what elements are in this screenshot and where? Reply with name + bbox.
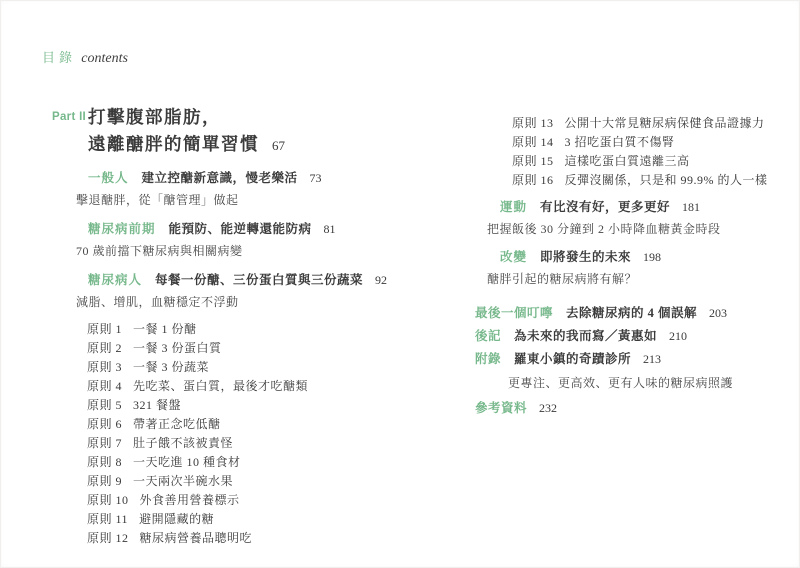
principle-number: 原則 6	[87, 418, 122, 431]
end-matter-entry: 附錄羅東小鎮的奇蹟診所213 更專注、更高效、更有人味的糖尿病照護	[475, 351, 790, 391]
section-page-number: 198	[643, 250, 661, 264]
part-label: Part II	[52, 104, 88, 123]
section-page-number: 181	[682, 200, 700, 214]
section-heading: 糖尿病前期能預防、能逆轉還能防病81	[52, 221, 437, 237]
principle-number: 原則 4	[87, 380, 122, 393]
principle-number: 原則 3	[87, 361, 122, 374]
end-matter-entry: 參考資料232	[475, 400, 790, 416]
section-heading: 改變即將發生的未來198	[475, 249, 790, 265]
section-title: 即將發生的未來	[540, 250, 631, 264]
principle-text: 糖尿病營養品聰明吃	[140, 532, 253, 545]
principle-row: 原則 8 一天吃進 10 種食材	[87, 456, 437, 469]
principle-number: 原則 5	[87, 399, 122, 412]
section-label: 改變	[500, 250, 527, 264]
principle-number: 原則 2	[87, 342, 122, 355]
part-page-number: 67	[272, 138, 285, 153]
principle-text: 321 餐盤	[133, 399, 181, 412]
principle-number: 原則 7	[87, 437, 122, 450]
principle-row: 原則 3 一餐 3 份蔬菜	[87, 361, 437, 374]
principle-row: 原則 11 避開隱藏的糖	[87, 513, 437, 526]
principle-row: 原則 1 一餐 1 份醣	[87, 323, 437, 336]
section-title: 建立控醣新意識，慢老樂活	[142, 171, 298, 185]
principle-number: 原則 8	[87, 456, 122, 469]
end-matter-heading: 後記為未來的我而寫／黃惠如210	[475, 328, 790, 344]
part-title-line2: 遠離醣胖的簡單習慣67	[88, 131, 285, 159]
section-label: 一般人	[88, 171, 129, 185]
section-description: 70 歲前擋下糖尿病與相關病變	[52, 242, 437, 259]
end-matter-label: 參考資料	[475, 401, 527, 415]
principle-text: 外食善用營養標示	[140, 494, 240, 507]
section-description: 把握飯後 30 分鐘到 2 小時降血糖黃金時段	[475, 220, 790, 237]
end-matter-label: 附錄	[475, 352, 501, 366]
principle-text: 一餐 1 份醣	[133, 323, 197, 336]
principle-text: 肚子餓不該被責怪	[133, 437, 233, 450]
section-heading: 糖尿病人每餐一份醣、三份蛋白質與三份蔬菜92	[52, 272, 437, 288]
end-matter-entry: 後記為未來的我而寫／黃惠如210	[475, 328, 790, 344]
principle-number: 原則 10	[87, 494, 129, 507]
end-matter-list: 最後一個叮嚀去除糖尿病的 4 個誤解203 後記為未來的我而寫／黃惠如210 附…	[475, 305, 790, 416]
principle-text: 一天吃進 10 種食材	[133, 456, 241, 469]
principles-list-1-12: 原則 1 一餐 1 份醣 原則 2 一餐 3 份蛋白質 原則 3 一餐 3 份蔬…	[52, 323, 437, 545]
principle-row: 原則 16 反彈沒關係，只是和 99.9% 的人一樣	[512, 174, 790, 187]
principle-row: 原則 6 帶著正念吃低醣	[87, 418, 437, 431]
section-label: 糖尿病人	[88, 273, 142, 287]
end-matter-page-number: 210	[669, 329, 687, 343]
principle-row: 原則 15 這樣吃蛋白質遠離三高	[512, 155, 790, 168]
principle-row: 原則 10 外食善用營養標示	[87, 494, 437, 507]
principle-row: 原則 5 321 餐盤	[87, 399, 437, 412]
end-matter-label: 最後一個叮嚀	[475, 306, 553, 320]
section-title: 每餐一份醣、三份蛋白質與三份蔬菜	[155, 273, 363, 287]
section-entry: 糖尿病人每餐一份醣、三份蛋白質與三份蔬菜92 減脂、增肌，血糖穩定不浮動	[52, 272, 437, 310]
principle-text: 3 招吃蛋白質不傷腎	[565, 136, 675, 149]
section-description: 減脂、增肌，血糖穩定不浮動	[52, 293, 437, 310]
part-title: 打擊腹部脂肪， 遠離醣胖的簡單習慣67	[88, 104, 285, 159]
section-heading: 運動有比沒有好，更多更好181	[475, 199, 790, 215]
end-matter-description: 更專注、更高效、更有人味的糖尿病照護	[475, 374, 790, 391]
left-section-list: 一般人建立控醣新意識，慢老樂活73 擊退醣胖，從「醣管理」做起 糖尿病前期能預防…	[52, 170, 437, 310]
section-page-number: 73	[310, 171, 322, 185]
section-entry: 改變即將發生的未來198 醣胖引起的糖尿病將有解？	[475, 249, 790, 287]
right-section-list: 運動有比沒有好，更多更好181 把握飯後 30 分鐘到 2 小時降血糖黃金時段 …	[475, 199, 790, 287]
section-page-number: 81	[324, 222, 336, 236]
principle-text: 這樣吃蛋白質遠離三高	[565, 155, 690, 168]
end-matter-heading: 附錄羅東小鎮的奇蹟診所213	[475, 351, 790, 367]
principle-number: 原則 14	[512, 136, 554, 149]
section-entry: 一般人建立控醣新意識，慢老樂活73 擊退醣胖，從「醣管理」做起	[52, 170, 437, 208]
principle-row: 原則 14 3 招吃蛋白質不傷腎	[512, 136, 790, 149]
section-title: 有比沒有好，更多更好	[540, 200, 670, 214]
toc-title-en: contents	[81, 51, 128, 66]
principle-row: 原則 9 一天兩次半碗水果	[87, 475, 437, 488]
principle-text: 一天兩次半碗水果	[133, 475, 233, 488]
principle-text: 公開十大常見糖尿病保健食品證據力	[565, 117, 765, 130]
section-label: 運動	[500, 200, 527, 214]
section-entry: 糖尿病前期能預防、能逆轉還能防病81 70 歲前擋下糖尿病與相關病變	[52, 221, 437, 259]
section-heading: 一般人建立控醣新意識，慢老樂活73	[52, 170, 437, 186]
end-matter-page-number: 213	[643, 352, 661, 366]
principle-row: 原則 4 先吃菜、蛋白質，最後才吃醣類	[87, 380, 437, 393]
toc-header: 目錄 contents	[42, 47, 128, 67]
end-matter-heading: 最後一個叮嚀去除糖尿病的 4 個誤解203	[475, 305, 790, 321]
principle-row: 原則 7 肚子餓不該被責怪	[87, 437, 437, 450]
toc-title-zh: 目錄	[42, 50, 76, 65]
end-matter-label: 後記	[475, 329, 501, 343]
section-label: 糖尿病前期	[88, 222, 156, 236]
part-heading: Part II 打擊腹部脂肪， 遠離醣胖的簡單習慣67	[52, 104, 437, 159]
principle-text: 一餐 3 份蔬菜	[133, 361, 209, 374]
part-title-line2-text: 遠離醣胖的簡單習慣	[88, 134, 259, 154]
end-matter-heading: 參考資料232	[475, 400, 790, 416]
principle-number: 原則 15	[512, 155, 554, 168]
book-page: 目錄 contents Part II 打擊腹部脂肪， 遠離醣胖的簡單習慣67 …	[0, 0, 800, 568]
principle-number: 原則 12	[87, 532, 129, 545]
section-description: 醣胖引起的糖尿病將有解？	[475, 270, 790, 287]
principle-number: 原則 11	[87, 513, 128, 526]
principles-list-13-16: 原則 13 公開十大常見糖尿病保健食品證據力 原則 14 3 招吃蛋白質不傷腎 …	[475, 117, 790, 187]
end-matter-page-number: 232	[539, 401, 557, 415]
principle-text: 反彈沒關係，只是和 99.9% 的人一樣	[565, 174, 768, 187]
principle-number: 原則 9	[87, 475, 122, 488]
end-matter-title: 為未來的我而寫／黃惠如	[514, 329, 657, 343]
end-matter-page-number: 203	[709, 306, 727, 320]
principle-text: 避開隱藏的糖	[139, 513, 214, 526]
principle-row: 原則 12 糖尿病營養品聰明吃	[87, 532, 437, 545]
right-column: 原則 13 公開十大常見糖尿病保健食品證據力 原則 14 3 招吃蛋白質不傷腎 …	[475, 117, 790, 423]
section-title: 能預防、能逆轉還能防病	[169, 222, 312, 236]
principle-text: 先吃菜、蛋白質，最後才吃醣類	[133, 380, 308, 393]
end-matter-entry: 最後一個叮嚀去除糖尿病的 4 個誤解203	[475, 305, 790, 321]
section-page-number: 92	[375, 273, 387, 287]
end-matter-title: 去除糖尿病的 4 個誤解	[566, 306, 697, 320]
part-title-line1: 打擊腹部脂肪，	[88, 104, 285, 131]
section-description: 擊退醣胖，從「醣管理」做起	[52, 191, 437, 208]
left-column: Part II 打擊腹部脂肪， 遠離醣胖的簡單習慣67 一般人建立控醣新意識，慢…	[52, 104, 437, 551]
principle-number: 原則 16	[512, 174, 554, 187]
principle-number: 原則 1	[87, 323, 122, 336]
principle-text: 帶著正念吃低醣	[133, 418, 221, 431]
principle-number: 原則 13	[512, 117, 554, 130]
end-matter-title: 羅東小鎮的奇蹟診所	[514, 352, 631, 366]
principle-row: 原則 2 一餐 3 份蛋白質	[87, 342, 437, 355]
principle-text: 一餐 3 份蛋白質	[133, 342, 222, 355]
section-entry: 運動有比沒有好，更多更好181 把握飯後 30 分鐘到 2 小時降血糖黃金時段	[475, 199, 790, 237]
principle-row: 原則 13 公開十大常見糖尿病保健食品證據力	[512, 117, 790, 130]
